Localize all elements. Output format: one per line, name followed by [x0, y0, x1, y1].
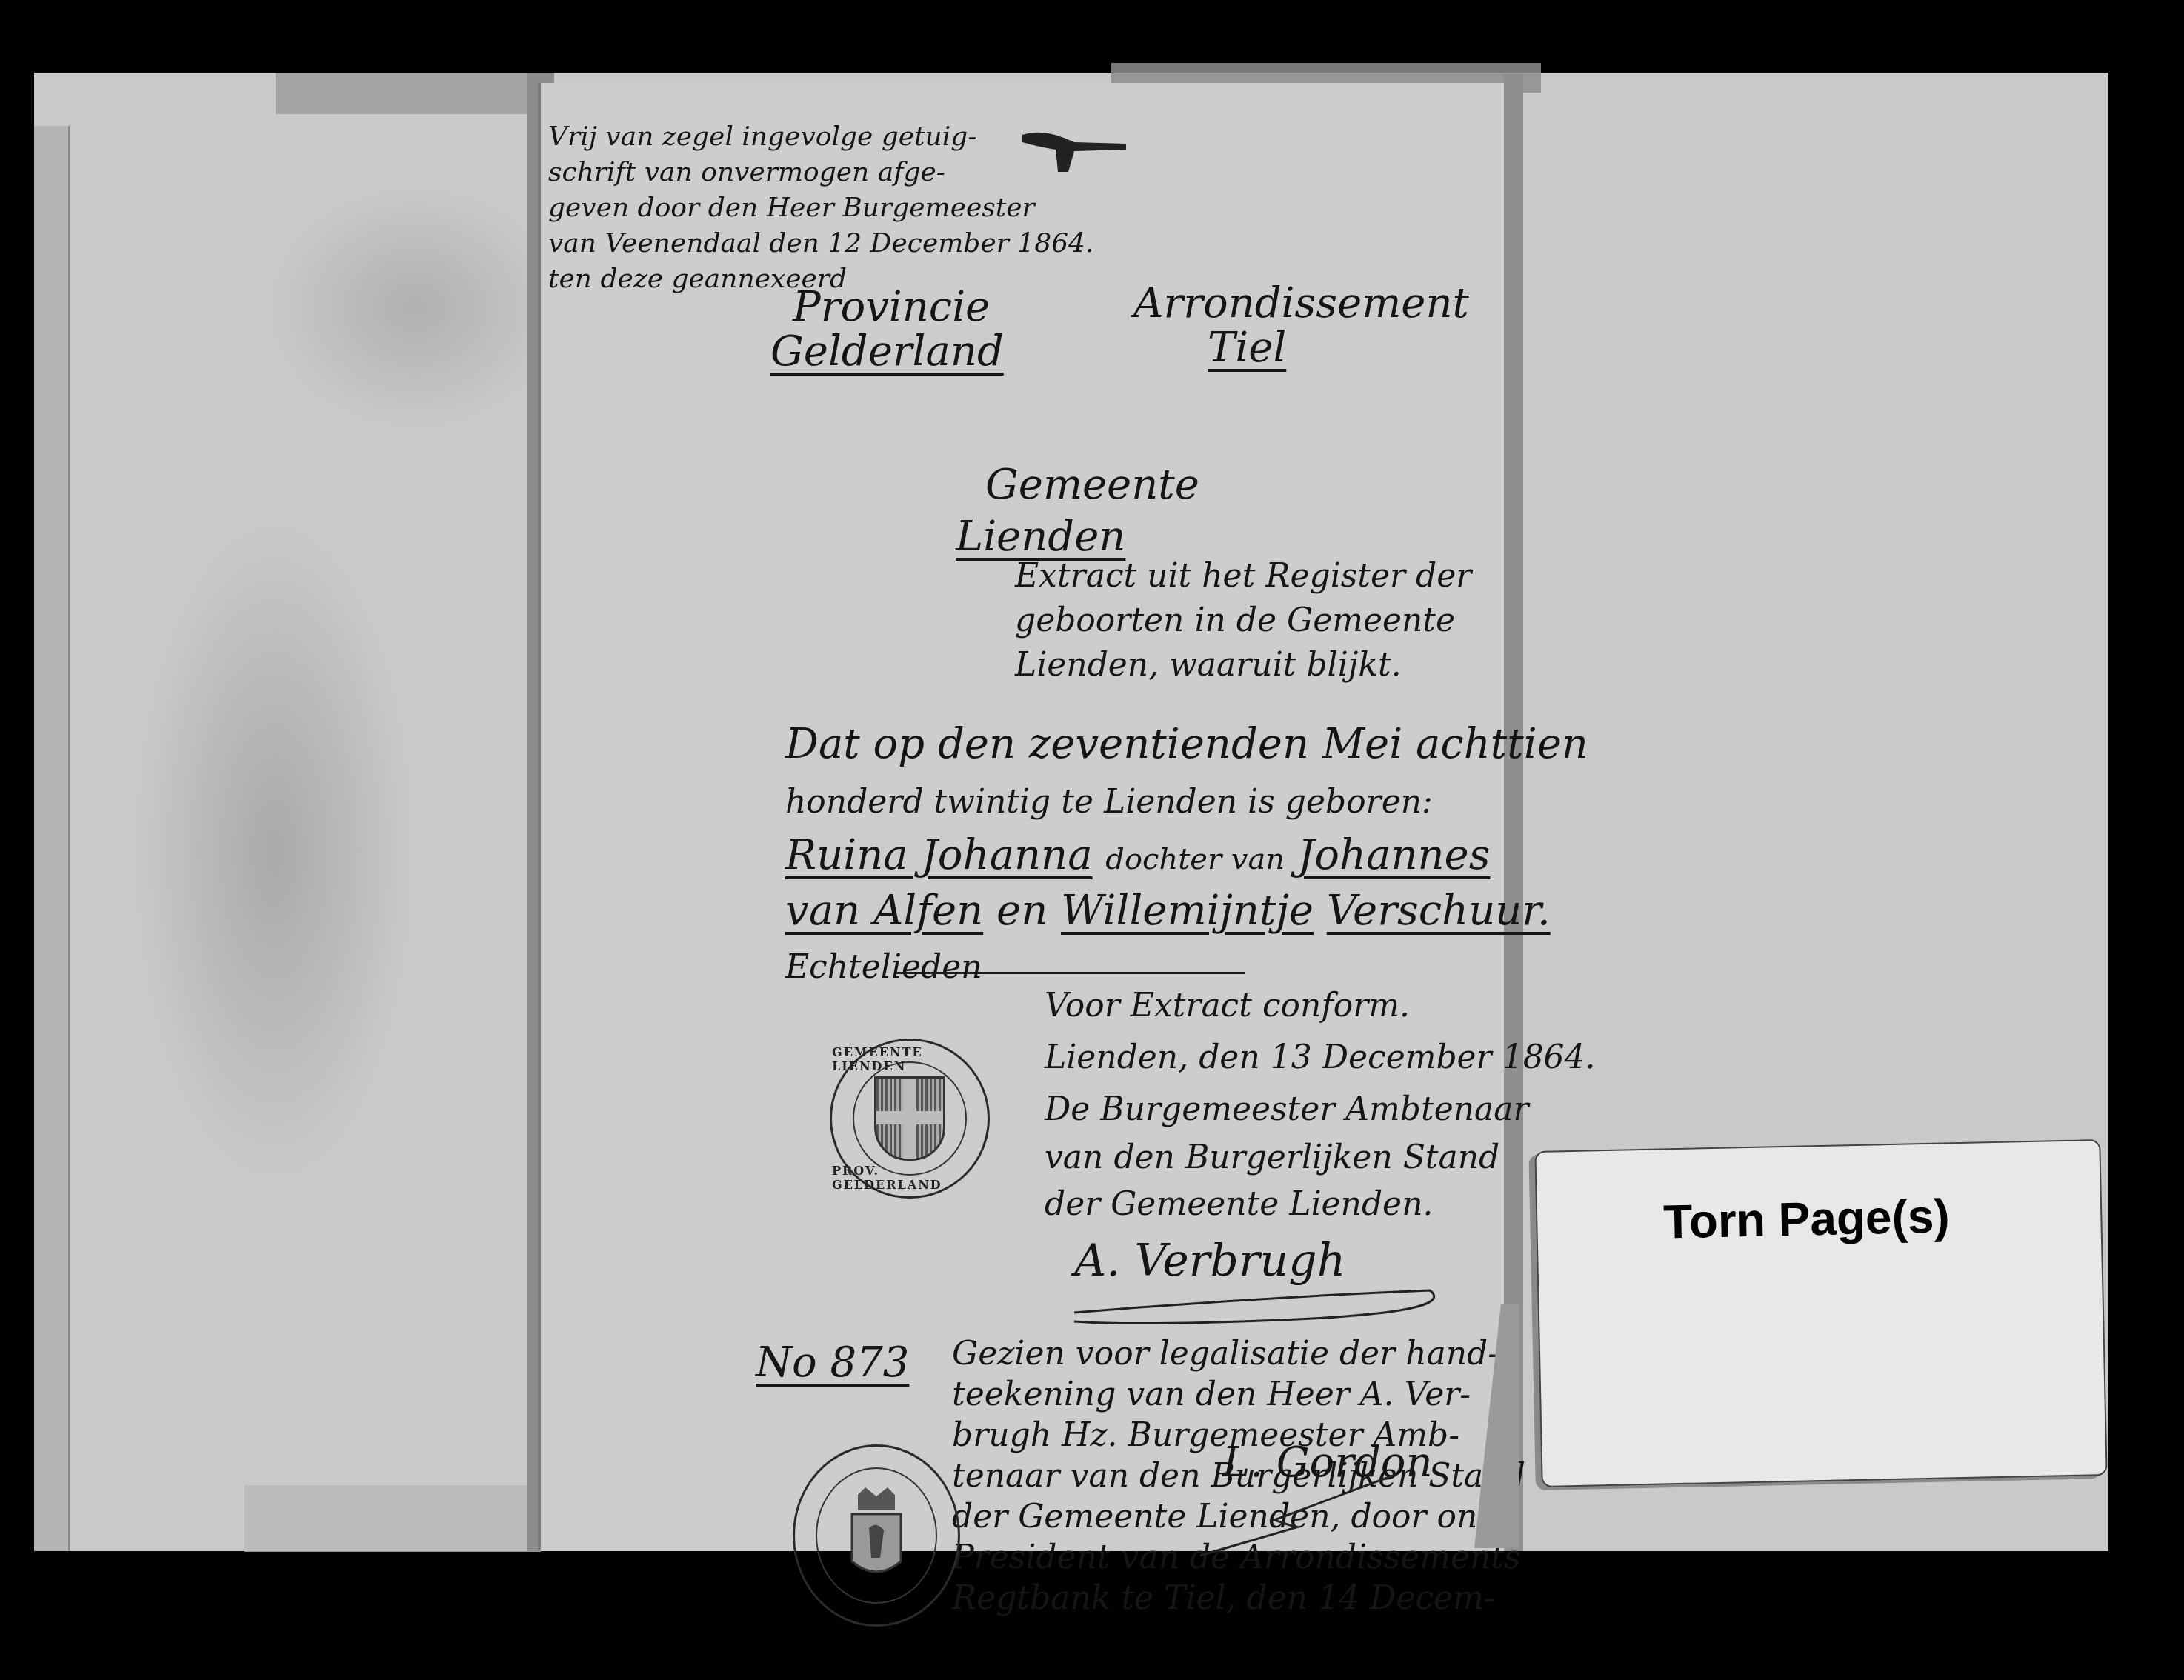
birth-statement-names: Ruina Johanna dochter van Johannes [785, 831, 1490, 879]
province-label: Provincie [793, 283, 990, 331]
margin-note-line: schrift van onvermogen afge- [548, 157, 945, 187]
margin-note-line: geven door den Heer Burgemeester [548, 193, 1035, 223]
tape-strip [244, 1485, 541, 1552]
certification-line: Voor Extract conform. [1045, 987, 1410, 1024]
mother-last-name: Verschuur. [1327, 887, 1551, 935]
certification-line: Lienden, den 13 December 1864. [1045, 1039, 1596, 1076]
stain [267, 185, 563, 430]
wax-seal-remnant-icon [1015, 113, 1133, 172]
municipality-value: Lienden [956, 513, 1125, 561]
signature-flourish-icon [1185, 1476, 1408, 1557]
child-first-names: Ruina Johanna [785, 831, 1093, 879]
fill-line [896, 972, 1245, 974]
legalisation-line: Regtbank te Tiel, den 14 Decem- [952, 1579, 1495, 1617]
court-stamp [793, 1444, 960, 1627]
margin-note-line: Vrij van zegel ingevolge getuig- [548, 121, 976, 152]
binding-strip [34, 126, 70, 1551]
extract-intro-line: Extract uit het Register der [1015, 557, 1471, 595]
registration-number: No 873 [756, 1339, 909, 1387]
stamp-bottom-text: PROV. GELDERLAND [832, 1164, 988, 1192]
torn-pages-label: Torn Page(s) [1663, 1188, 1951, 1249]
birth-statement-parents: van Alfen en Willemijntje Verschuur. [785, 887, 1551, 935]
and-text: en [996, 887, 1048, 935]
father-first-name: Johannes [1298, 831, 1491, 879]
birth-extract-document: Vrij van zegel ingevolge getuig- schrift… [541, 83, 1504, 1551]
certification-line: van den Burgerlijken Stand [1045, 1139, 1499, 1176]
father-last-name: van Alfen [785, 887, 983, 935]
certification-line: De Burgemeester Ambtenaar [1045, 1090, 1529, 1128]
spouses-text: Echtelieden [785, 948, 982, 986]
municipal-stamp: GEMEENTE LIENDEN PROV. GELDERLAND [830, 1039, 990, 1199]
district-label: Arrondissement [1133, 279, 1469, 327]
stain [133, 519, 415, 1185]
signature-flourish-icon [1059, 1268, 1445, 1335]
daughter-of-text: dochter van [1105, 842, 1285, 876]
birth-statement-line: honderd twintig te Lienden is geboren: [785, 783, 1433, 821]
municipality-label: Gemeente [985, 461, 1199, 509]
coat-of-arms-icon [874, 1076, 945, 1161]
extract-intro-line: Lienden, waaruit blijkt. [1015, 646, 1402, 684]
legalisation-line: Gezien voor legalisatie der hand- [952, 1335, 1499, 1373]
province-value: Gelderland [770, 327, 1004, 376]
mother-first-name: Willemijntje [1061, 887, 1314, 935]
torn-pages-label-card: Torn Page(s) [1534, 1139, 2107, 1487]
margin-note-line: van Veenendaal den 12 December 1864. [548, 228, 1093, 259]
tape-strip [276, 73, 542, 114]
stamp-top-text: GEMEENTE LIENDEN [832, 1045, 988, 1073]
legalisation-line: teekening van den Heer A. Ver- [952, 1376, 1471, 1413]
birth-statement-line: Dat op den zeventienden Mei achttien [785, 720, 1588, 768]
certification-line: der Gemeente Lienden. [1045, 1185, 1433, 1223]
extract-intro-line: geboorten in de Gemeente [1015, 601, 1455, 639]
district-value: Tiel [1208, 324, 1286, 372]
